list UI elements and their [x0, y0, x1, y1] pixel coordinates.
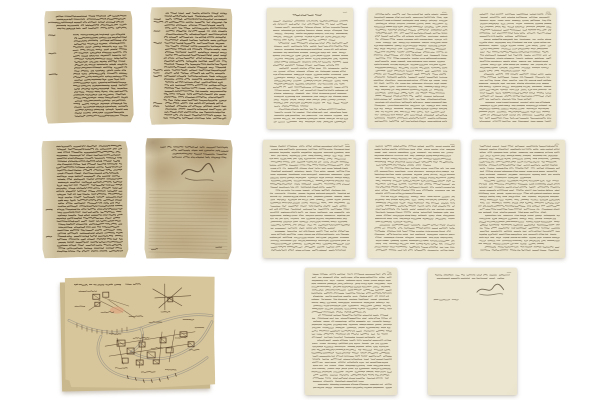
handwriting-texture: [44, 9, 134, 123]
neat-manuscript-page-3: [473, 8, 556, 128]
neat-manuscript-page-2: [368, 8, 452, 128]
handwriting-texture: [41, 140, 128, 259]
handwriting-texture: [368, 140, 460, 258]
handwriting-texture: [472, 140, 565, 258]
aged-manuscript-page-1: [44, 9, 134, 123]
handwriting-texture: [305, 268, 397, 395]
aged-manuscript-page-2: [150, 7, 233, 126]
handwriting-texture: [144, 138, 232, 260]
aged-manuscript-page-4: [144, 138, 232, 260]
neat-manuscript-page-8: [428, 268, 517, 395]
handwriting-texture: [263, 140, 355, 258]
handwriting-texture: [267, 8, 353, 129]
aged-manuscript-page-3: [41, 140, 128, 259]
neat-manuscript-page-7: [305, 268, 397, 395]
neat-manuscript-page-4: [263, 140, 355, 258]
neat-manuscript-page-5: [368, 140, 460, 258]
hand-drawn-map: [65, 276, 216, 389]
handwriting-texture: [428, 268, 517, 395]
map-drawing: [65, 276, 216, 389]
handwriting-texture: [473, 8, 556, 128]
neat-manuscript-page-1: [267, 8, 353, 129]
handwriting-texture: [150, 7, 233, 126]
neat-manuscript-page-6: [472, 140, 565, 258]
handwriting-texture: [368, 8, 452, 128]
manuscript-lot-photo: [0, 0, 600, 400]
